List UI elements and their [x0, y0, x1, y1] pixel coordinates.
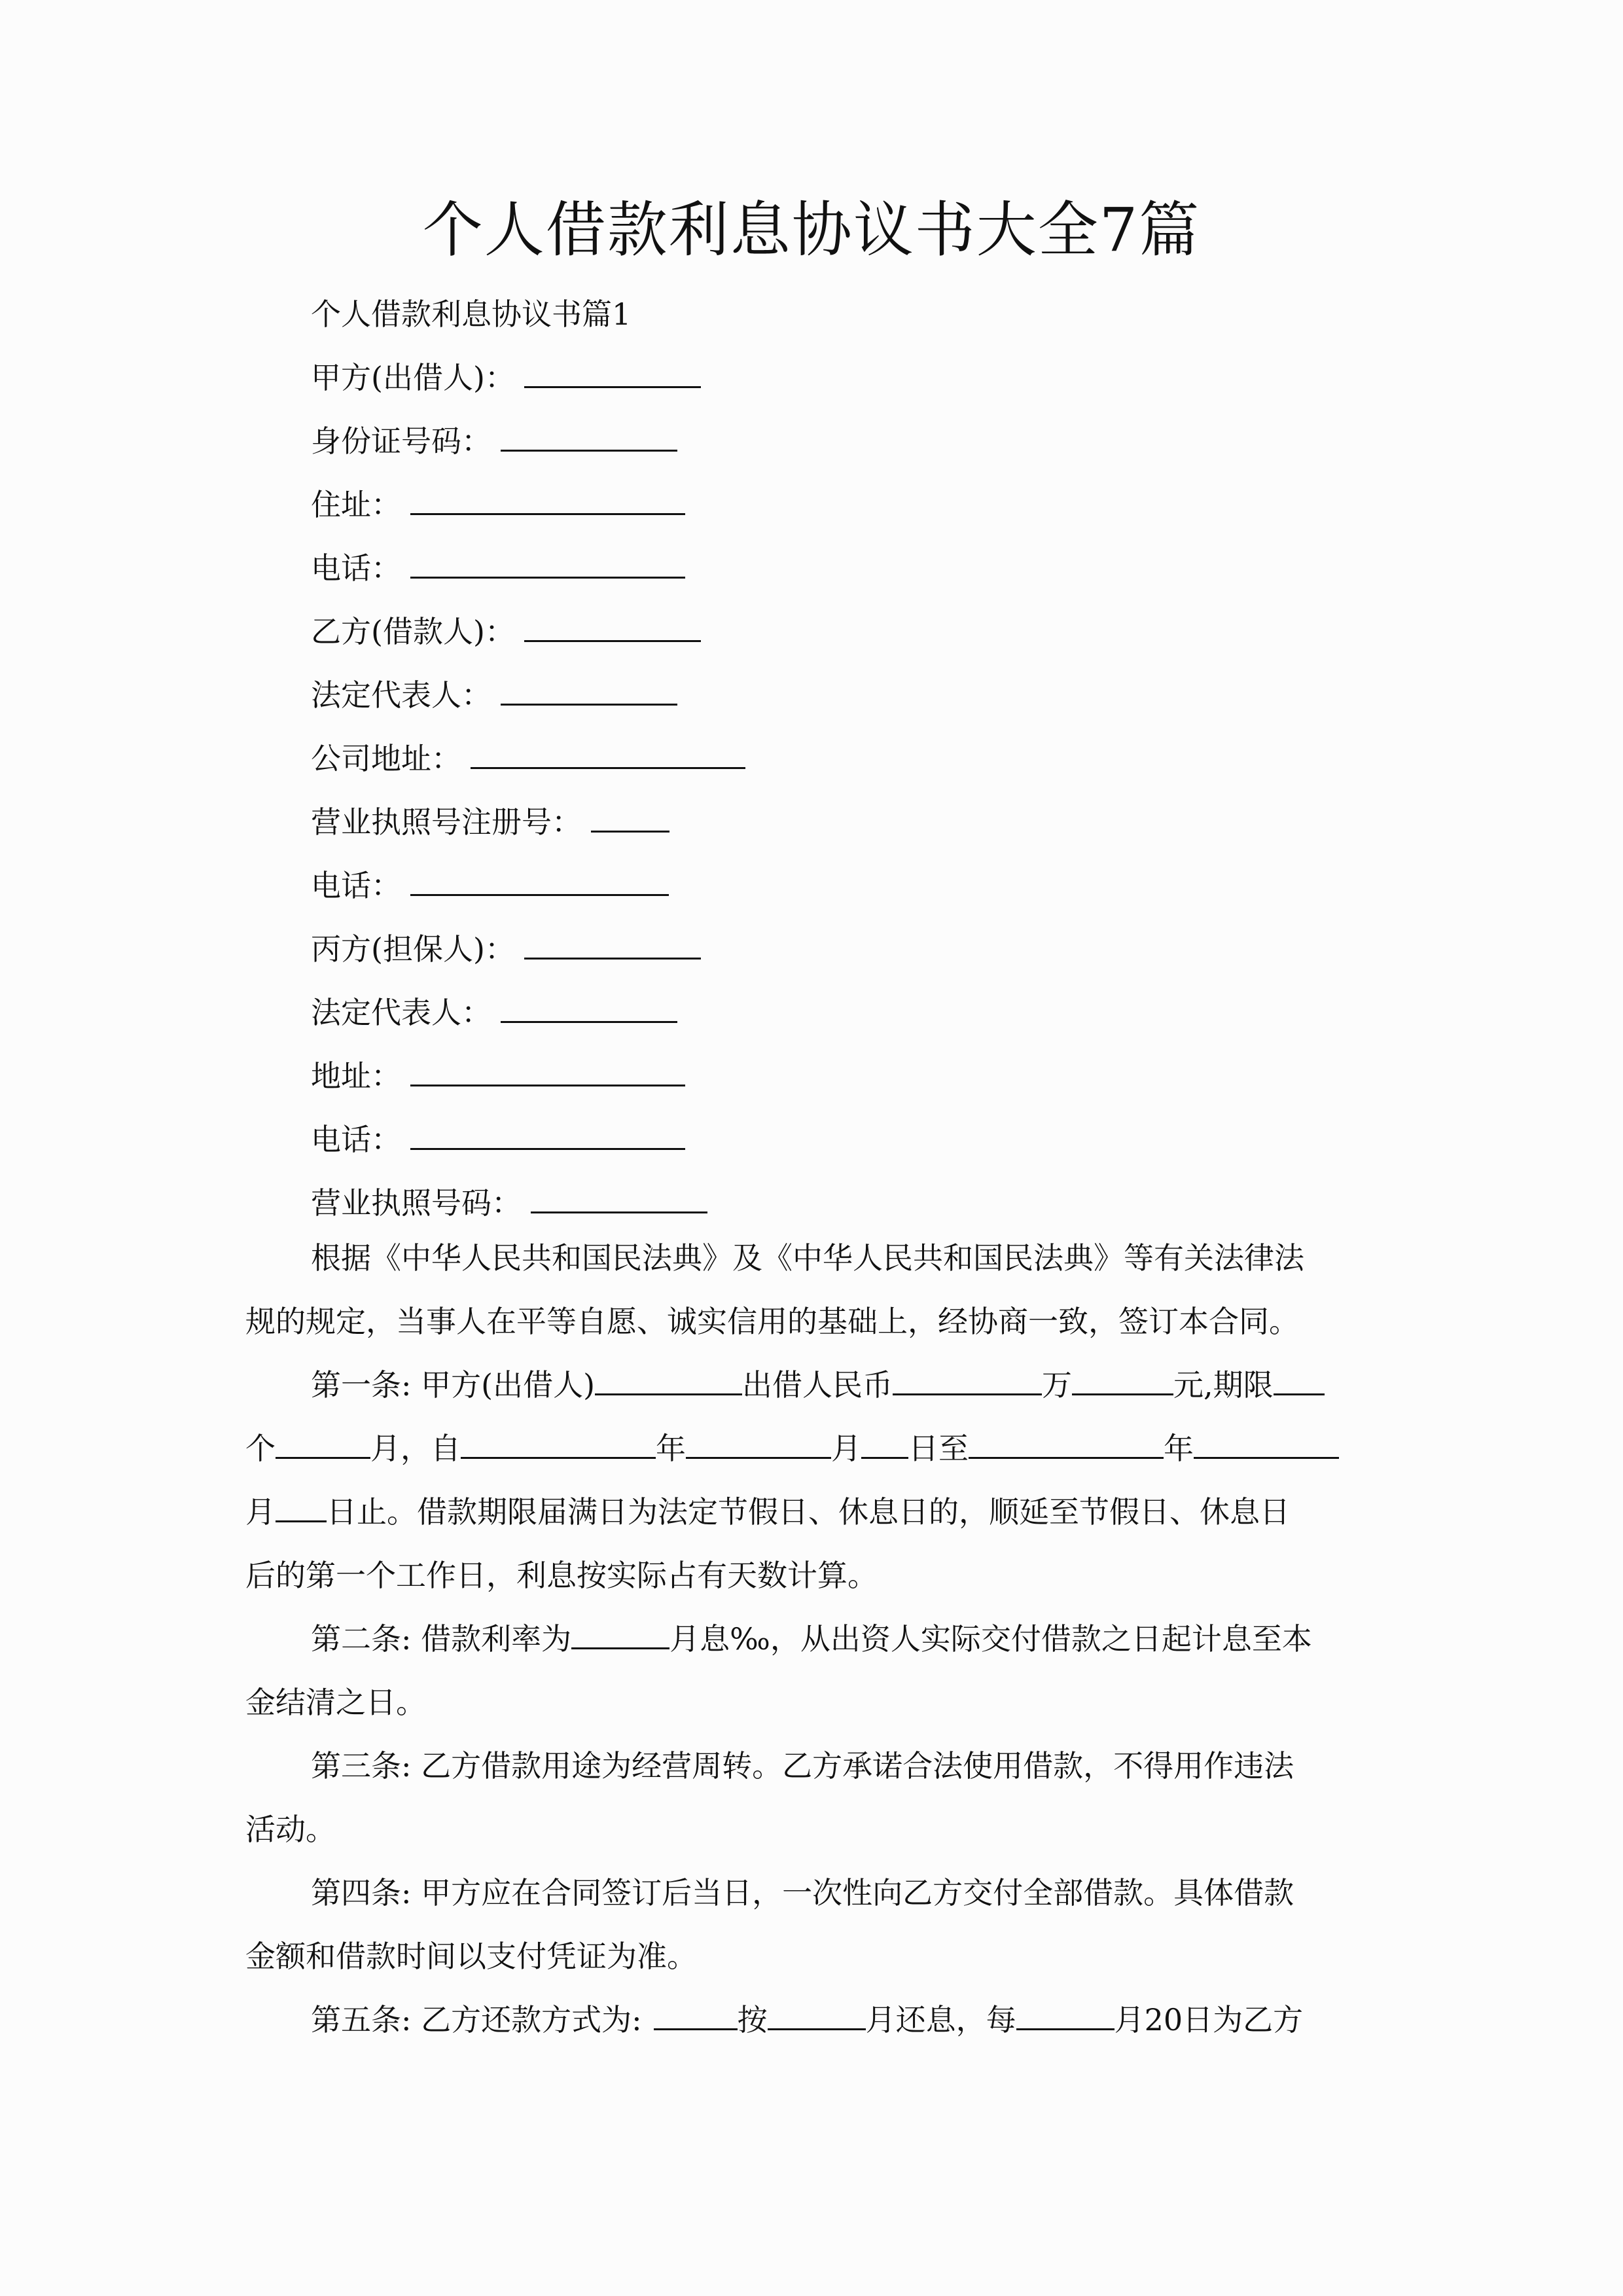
field-blank-line[interactable] [410, 484, 685, 515]
field-label: 营业执照号码： [311, 1185, 522, 1221]
article-line: 第一条: 甲方(出借人)出借人民币万元,期限 [245, 1354, 1378, 1417]
field-blank-line[interactable] [524, 929, 701, 960]
article-text: 第一条: 甲方(出借人) [311, 1367, 595, 1403]
article-text: 按 [738, 2002, 768, 2037]
interest-rate-blank[interactable] [571, 1619, 669, 1649]
field-blank-line[interactable] [591, 802, 669, 833]
article-5: 第五条: 乙方还款方式为:按月还息，每月20日为乙方 [245, 1988, 1378, 2052]
article-line: 活动。 [245, 1798, 1378, 1861]
field-blank-line[interactable] [410, 865, 669, 896]
field-label: 法定代表人： [311, 995, 491, 1030]
field-label: 身份证号码： [311, 423, 491, 459]
field-blank-line[interactable] [501, 992, 677, 1023]
party-field: 公司地址： [311, 738, 745, 780]
field-label: 电话： [311, 1122, 401, 1157]
end-month-blank[interactable] [1194, 1428, 1339, 1459]
article-line: 金结清之日。 [245, 1671, 1378, 1734]
field-label: 电话： [311, 868, 401, 903]
lender-name-blank[interactable] [595, 1365, 742, 1395]
party-field: 法定代表人： [311, 992, 677, 1033]
start-month-blank[interactable] [686, 1428, 831, 1459]
article-line: 第二条: 借款利率为月息‰，从出资人实际交付借款之日起计息至本 [245, 1607, 1378, 1671]
party-field: 营业执照号注册号： [311, 801, 669, 843]
end-day-blank[interactable] [276, 1492, 327, 1522]
article-text: 月息‰，从出资人实际交付借款之日起计息至本 [669, 1621, 1312, 1657]
article-text: 年 [656, 1431, 686, 1466]
article-text: 月20日为乙方 [1115, 2002, 1304, 2037]
article-line: 第五条: 乙方还款方式为:按月还息，每月20日为乙方 [245, 1988, 1378, 2052]
field-blank-line[interactable] [524, 357, 701, 388]
article-text: 日至 [908, 1431, 969, 1466]
article-text: 出借人民币 [742, 1367, 893, 1403]
article-text: 日止。借款期限届满日为法定节假日、休息日的，顺延至节假日、休息日 [327, 1494, 1290, 1530]
article-line: 后的第一个工作日，利息按实际占有天数计算。 [245, 1544, 1378, 1607]
article-2: 第二条: 借款利率为月息‰，从出资人实际交付借款之日起计息至本 金结清之日。 [245, 1607, 1378, 1734]
field-label: 电话： [311, 550, 401, 586]
article-text: 万 [1042, 1367, 1072, 1403]
amount-yuan-blank[interactable] [1072, 1365, 1173, 1395]
field-blank-line[interactable] [501, 675, 677, 706]
article-line: 金额和借款时间以支付凭证为准。 [245, 1925, 1378, 1988]
party-field: 乙方(借款人)： [311, 611, 701, 653]
start-year-blank[interactable] [461, 1428, 656, 1459]
end-year-blank[interactable] [969, 1428, 1164, 1459]
party-field: 电话： [311, 865, 669, 906]
article-line: 第四条: 甲方应在合同签订后当日，一次性向乙方交付全部借款。具体借款 [245, 1861, 1378, 1925]
field-blank-line[interactable] [524, 611, 701, 642]
repayment-method-blank[interactable] [654, 2000, 738, 2030]
article-text: 月 [245, 1494, 276, 1530]
article-3: 第三条: 乙方借款用途为经营周转。乙方承诺合法使用借款，不得用作违法 活动。 [245, 1734, 1378, 1861]
party-field: 住址： [311, 484, 685, 526]
amount-wan-blank[interactable] [893, 1365, 1042, 1395]
start-day-blank[interactable] [861, 1428, 908, 1459]
term-months-blank[interactable] [276, 1428, 370, 1459]
preamble-paragraph: 根据《中华人民共和国民法典》及《中华人民共和国民法典》等有关法律法 规的规定，当… [245, 1227, 1378, 1354]
repayment-interval-blank[interactable] [768, 2000, 866, 2030]
party-field: 法定代表人： [311, 674, 677, 716]
field-blank-line[interactable] [410, 1119, 685, 1150]
section-heading: 个人借款利息协议书篇1 [311, 293, 631, 335]
party-field: 身份证号码： [311, 420, 677, 462]
article-text: 元,期限 [1173, 1367, 1274, 1403]
field-blank-line[interactable] [410, 1056, 685, 1086]
article-text: 第五条: 乙方还款方式为: [311, 2002, 642, 2037]
party-field: 地址： [311, 1055, 685, 1097]
party-field: 丙方(担保人)： [311, 928, 701, 970]
field-blank-line[interactable] [501, 421, 677, 452]
field-label: 公司地址： [311, 741, 461, 776]
article-text: 月还息，每 [866, 2002, 1016, 2037]
field-blank-line[interactable] [410, 548, 685, 579]
article-text: 月，自 [370, 1431, 461, 1466]
field-blank-line[interactable] [531, 1183, 707, 1213]
article-text: 月 [831, 1431, 861, 1466]
field-label: 营业执照号注册号： [311, 804, 582, 840]
party-field: 电话： [311, 547, 685, 589]
preamble-line: 根据《中华人民共和国民法典》及《中华人民共和国民法典》等有关法律法 [245, 1227, 1378, 1290]
article-text: 个 [245, 1431, 276, 1466]
article-line: 个月，自年月日至年 [245, 1417, 1378, 1480]
document-title: 个人借款利息协议书大全7篇 [0, 191, 1623, 270]
party-field: 电话： [311, 1119, 685, 1160]
field-label: 丙方(担保人)： [311, 931, 515, 967]
field-blank-line[interactable] [471, 738, 745, 769]
article-1: 第一条: 甲方(出借人)出借人民币万元,期限 个月，自年月日至年 月日止。借款期… [245, 1354, 1378, 1607]
article-text: 第二条: 借款利率为 [311, 1621, 571, 1657]
field-label: 法定代表人： [311, 677, 491, 713]
article-4: 第四条: 甲方应在合同签订后当日，一次性向乙方交付全部借款。具体借款 金额和借款… [245, 1861, 1378, 1988]
repayment-period-blank[interactable] [1016, 2000, 1115, 2030]
party-field: 营业执照号码： [311, 1182, 707, 1224]
term-blank[interactable] [1274, 1365, 1325, 1395]
field-label: 甲方(出借人)： [311, 360, 515, 395]
article-line: 月日止。借款期限届满日为法定节假日、休息日的，顺延至节假日、休息日 [245, 1480, 1378, 1544]
field-label: 乙方(借款人)： [311, 614, 515, 649]
party-field: 甲方(出借人)： [311, 357, 701, 399]
document-page: 个人借款利息协议书大全7篇 个人借款利息协议书篇1 甲方(出借人)：身份证号码：… [0, 0, 1623, 2296]
field-label: 住址： [311, 487, 401, 522]
field-label: 地址： [311, 1058, 401, 1094]
article-text: 年 [1164, 1431, 1194, 1466]
article-line: 第三条: 乙方借款用途为经营周转。乙方承诺合法使用借款，不得用作违法 [245, 1734, 1378, 1798]
preamble-line: 规的规定，当事人在平等自愿、诚实信用的基础上，经协商一致，签订本合同。 [245, 1290, 1378, 1354]
